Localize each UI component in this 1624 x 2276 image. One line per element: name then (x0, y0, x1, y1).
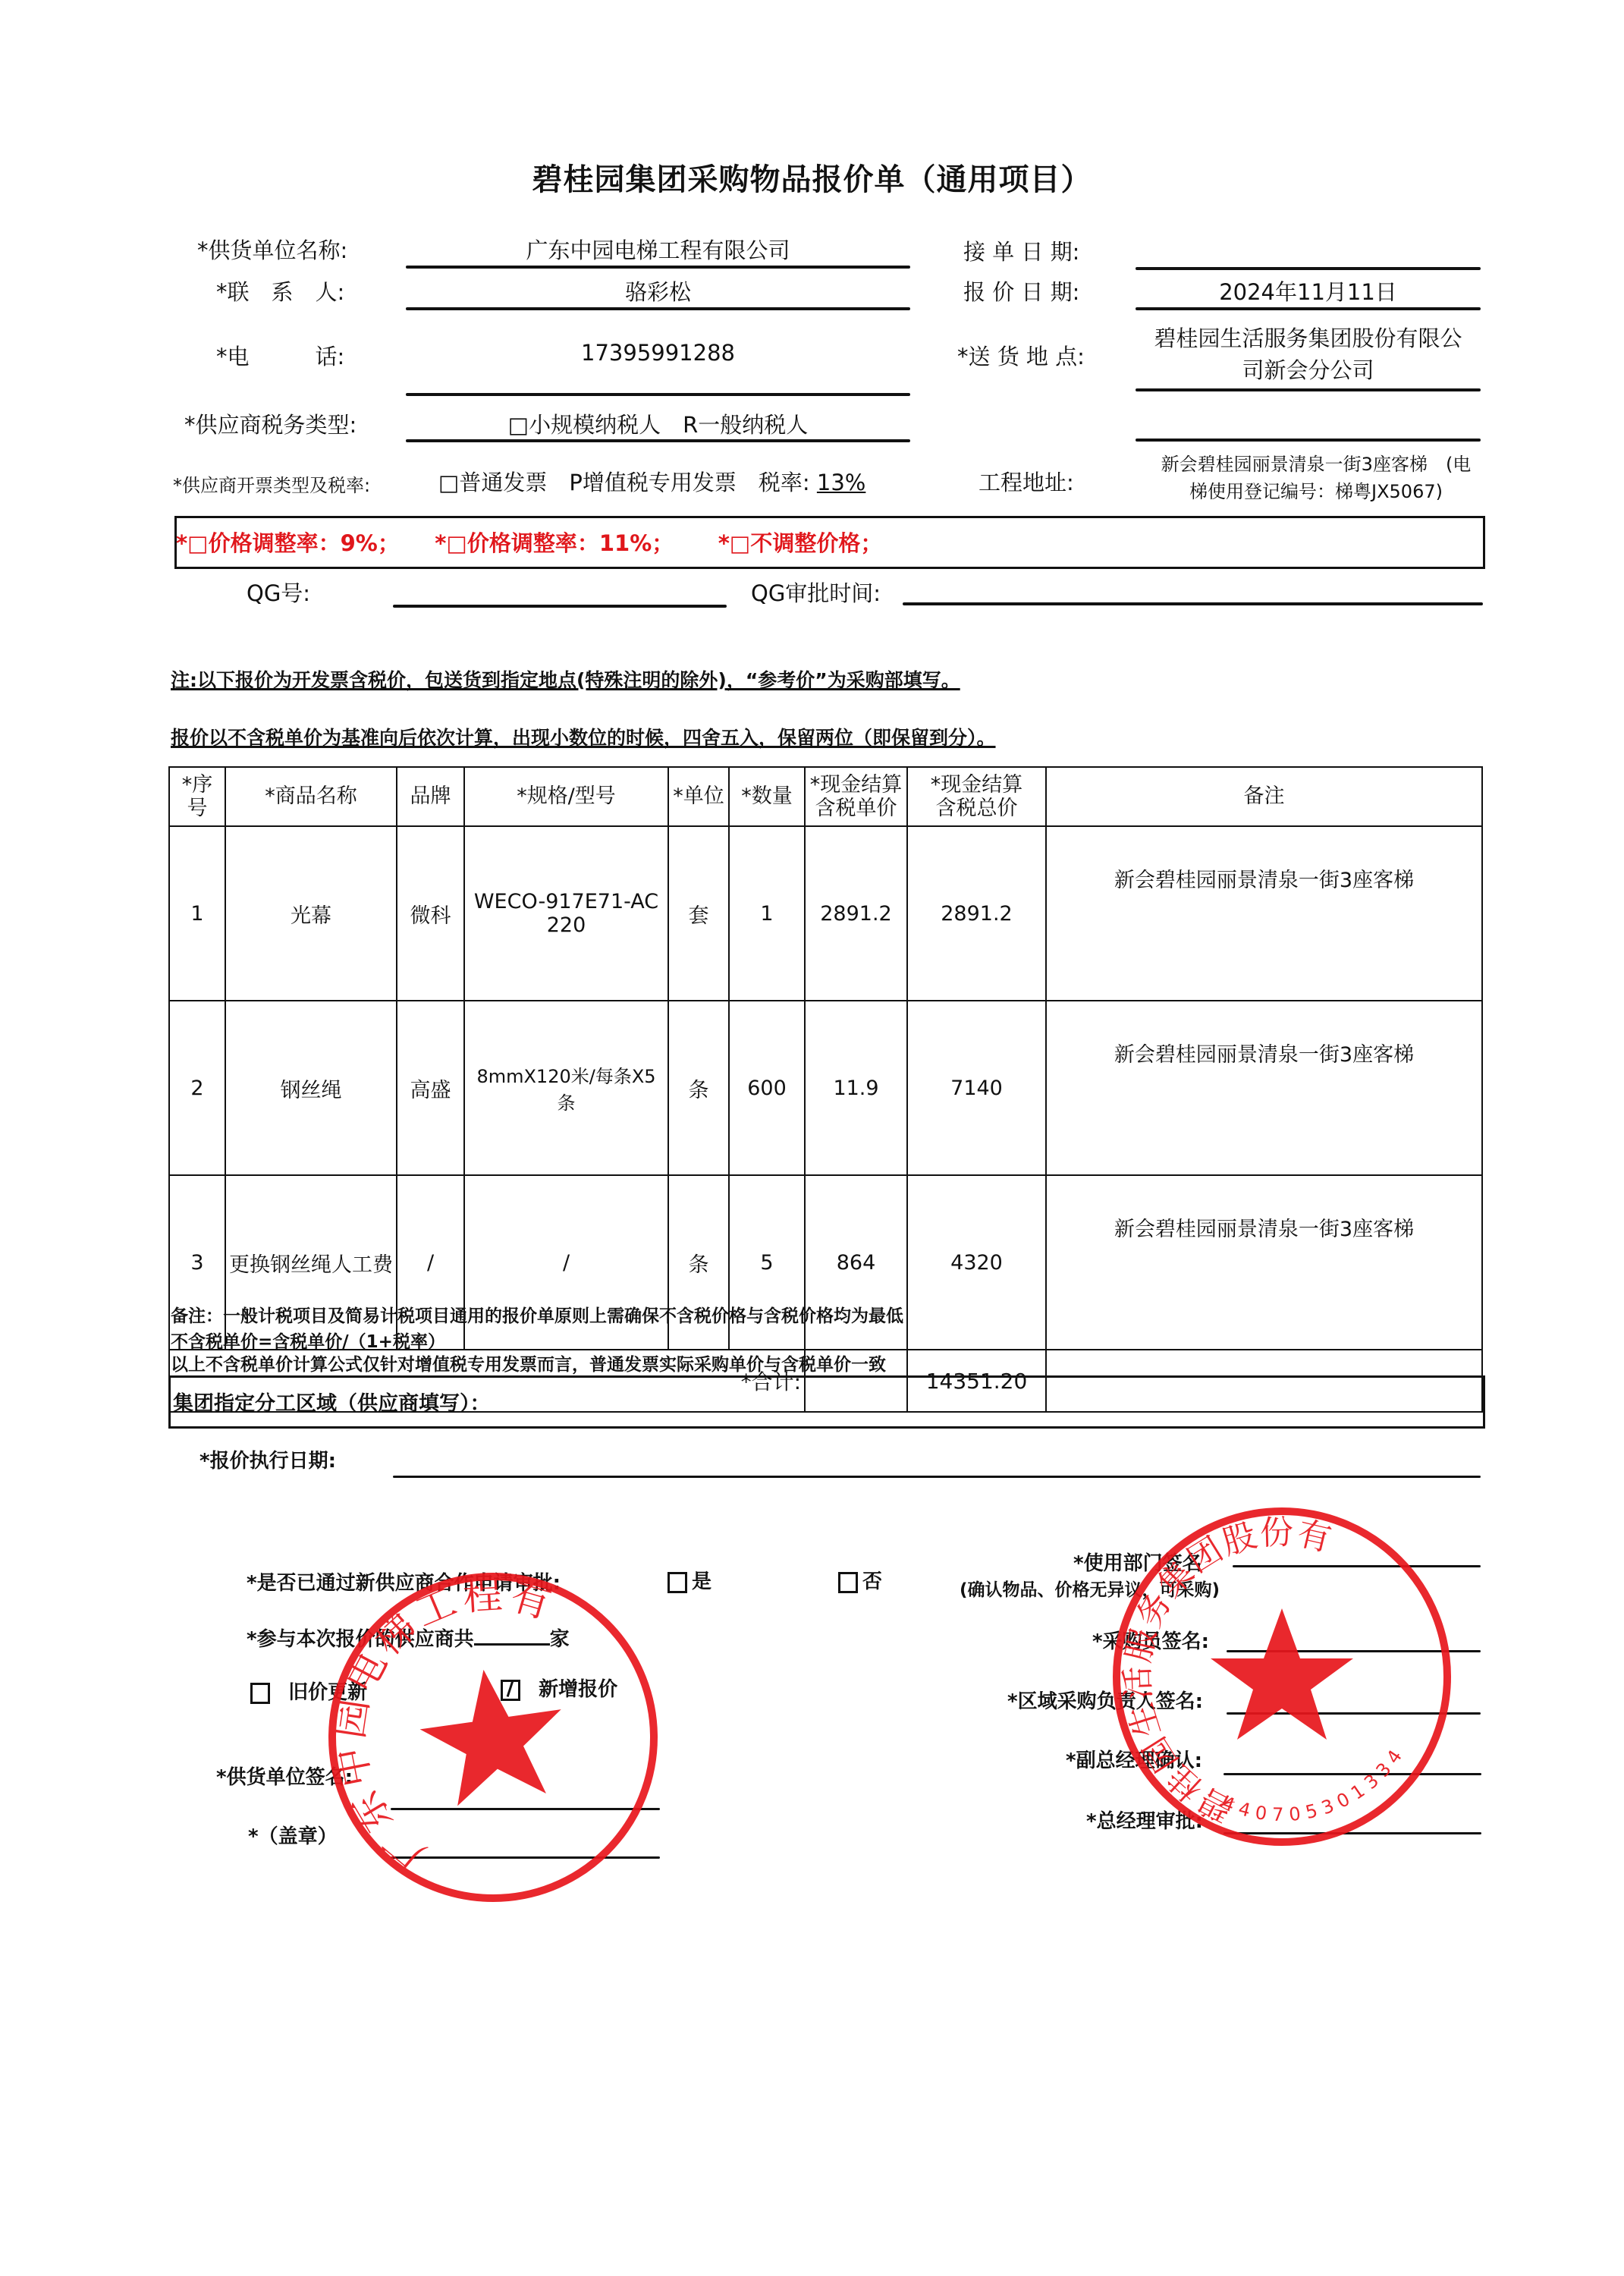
cell-name[interactable]: 光幕 (225, 826, 397, 1001)
tax-type-value[interactable]: □小规模纳税人 R一般纳税人 (406, 408, 910, 439)
cell-no: 2 (169, 1001, 225, 1175)
approval-yes-option[interactable]: 是 (668, 1566, 711, 1594)
tax-type-underline (406, 439, 910, 442)
buyer-sign-line[interactable] (1227, 1650, 1481, 1652)
col-header-total-price: *现金结算含税总价 (907, 767, 1046, 826)
cell-unit-price[interactable]: 11.9 (805, 1001, 907, 1175)
delivery-place-underline-2 (1136, 439, 1481, 442)
delivery-place-label: *送 货 地 点: (957, 340, 1085, 371)
contact-label: *联 系 人: (216, 275, 344, 307)
quote-date-label: 报 价 日 期: (963, 275, 1079, 307)
cell-unit[interactable]: 条 (668, 1001, 729, 1175)
invoice-type-value: □普通发票 P增值税专用发票 税率: (438, 470, 817, 495)
col-header-remark: 备注 (1046, 767, 1482, 826)
order-date-underline (1136, 267, 1481, 270)
invoice-type-label: *供应商开票类型及税率: (173, 470, 370, 497)
remark-line-1: 备注：一般计税项目及简易计税项目通用的报价单原则上需确保不含税价格与含税价格均为… (171, 1302, 903, 1327)
supplier-sign-label: *供货单位签名: (216, 1762, 353, 1790)
project-address-line1: 新会碧桂园丽景清泉一街3座客梯 (电 (1142, 451, 1490, 478)
qg-approval-label: QG审批时间: (751, 577, 881, 608)
cell-spec[interactable]: WECO-917E71-AC220 (464, 826, 668, 1001)
approval-no-option[interactable]: 否 (838, 1566, 882, 1594)
col-header-qty: *数量 (729, 767, 805, 826)
cell-name[interactable]: 钢丝绳 (225, 1001, 397, 1175)
new-price-option[interactable]: 新增报价 (501, 1674, 617, 1702)
gm-approve-line[interactable] (1223, 1832, 1481, 1834)
region-sign-label: *区域采购负责人签名: (1007, 1686, 1203, 1714)
delivery-place-line1: 碧桂园生活服务集团股份有限公 (1136, 322, 1481, 354)
cell-unit[interactable]: 套 (668, 826, 729, 1001)
contact-underline (406, 307, 910, 310)
supplier-stamp-icon: 广东中园电梯工程有限公司 (319, 1563, 668, 1912)
cell-qty[interactable]: 600 (729, 1001, 805, 1175)
price-adjust-option-9[interactable]: *□价格调整率：9%； (176, 530, 400, 556)
quote-date-value[interactable]: 2024年11月11日 (1136, 275, 1481, 307)
project-address-label: 工程地址: (978, 466, 1074, 497)
col-header-no: *序号 (169, 767, 225, 826)
buyer-sign-label: *采购员签名: (1092, 1626, 1209, 1654)
order-date-label: 接 单 日 期: (963, 235, 1079, 266)
cell-no: 1 (169, 826, 225, 1001)
execution-date-underline[interactable] (393, 1476, 1481, 1478)
cell-spec[interactable]: 8mmX120米/每条X5条 (464, 1001, 668, 1175)
checkbox-icon (838, 1572, 858, 1593)
supplier-count-label: *参与本次报价的供应商共家 (247, 1624, 570, 1652)
supplier-name-label: *供货单位名称: (197, 234, 347, 265)
project-address-line2: 梯使用登记编号：梯粤JX5067) (1142, 478, 1490, 505)
qg-number-underline (393, 605, 727, 608)
remark-line-3: 以上不含税单价计算公式仅针对增值税专用发票而言，普通发票实际采购单价与含税单价一… (171, 1350, 886, 1375)
delivery-place-value[interactable]: 碧桂园生活服务集团股份有限公 司新会分公司 (1136, 322, 1481, 386)
dept-sign-line[interactable] (1233, 1565, 1481, 1567)
invoice-type-field[interactable]: □普通发票 P增值税专用发票 税率: 13% (438, 466, 865, 497)
table-header-row: *序号 *商品名称 品牌 *规格/型号 *单位 *数量 *现金结算含税单价 *现… (169, 767, 1482, 826)
tax-type-label: *供应商税务类型: (184, 408, 357, 439)
supplier-name-underline (406, 266, 910, 269)
cell-brand[interactable]: 微科 (397, 826, 464, 1001)
gm-approve-label: *总经理审批: (1086, 1806, 1203, 1834)
table-row: 1 光幕 微科 WECO-917E71-AC220 套 1 2891.2 289… (169, 826, 1482, 1001)
phone-label: *电 话: (216, 340, 344, 371)
vgm-confirm-label: *副总经理确认: (1066, 1745, 1202, 1773)
seal-line[interactable] (391, 1856, 660, 1859)
dept-sign-label: *使用部门签名 (1073, 1548, 1202, 1576)
phone-underline (406, 393, 910, 396)
cell-unit-price[interactable]: 2891.2 (805, 826, 907, 1001)
cell-remark[interactable]: 新会碧桂园丽景清泉一街3座客梯 (1046, 826, 1482, 1001)
cell-brand[interactable]: 高盛 (397, 1001, 464, 1175)
checkbox-icon (668, 1572, 687, 1593)
approval-question-label: *是否已通过新供应商合作申请审批: (247, 1567, 561, 1595)
supplier-name-value[interactable]: 广东中园电梯工程有限公司 (406, 234, 910, 265)
remark-line-2: 不含税单价=含税单价/（1+税率） (171, 1328, 445, 1353)
project-address-value[interactable]: 新会碧桂园丽景清泉一街3座客梯 (电 梯使用登记编号：梯粤JX5067) (1142, 451, 1490, 505)
delivery-place-underline (1136, 388, 1481, 391)
cell-remark[interactable]: 新会碧桂园丽景清泉一街3座客梯 (1046, 1175, 1482, 1350)
cell-qty[interactable]: 1 (729, 826, 805, 1001)
supplier-count-input[interactable] (474, 1643, 550, 1646)
price-adjust-row: *□价格调整率：9%； *□价格调整率：11%； *□不调整价格； (176, 527, 882, 558)
cell-total[interactable]: 4320 (907, 1175, 1046, 1350)
quote-date-underline (1136, 307, 1481, 310)
col-header-spec: *规格/型号 (464, 767, 668, 826)
supplier-sign-line[interactable] (391, 1808, 660, 1810)
checkbox-icon (250, 1683, 270, 1704)
price-adjust-option-11[interactable]: *□价格调整率：11%； (435, 530, 674, 556)
table-row: 2 钢丝绳 高盛 8mmX120米/每条X5条 条 600 11.9 7140 … (169, 1001, 1482, 1175)
document-title: 碧桂园集团采购物品报价单（通用项目） (0, 156, 1624, 199)
cell-total[interactable]: 2891.2 (907, 826, 1046, 1001)
col-header-unit: *单位 (668, 767, 729, 826)
cell-total[interactable]: 7140 (907, 1001, 1046, 1175)
note-line-1: 注:以下报价为开发票含税价，包送货到指定地点(特殊注明的除外)，“参考价”为采购… (171, 665, 960, 693)
col-header-unit-price: *现金结算含税单价 (805, 767, 907, 826)
contact-value[interactable]: 骆彩松 (406, 275, 910, 307)
col-header-brand: 品牌 (397, 767, 464, 826)
note-line-2: 报价以不含税单价为基准向后依次计算，出现小数位的时候，四舍五入，保留两位（即保留… (171, 723, 996, 750)
tax-rate-value: 13% (817, 470, 865, 495)
region-sign-line[interactable] (1227, 1712, 1481, 1715)
phone-value[interactable]: 17395991288 (406, 340, 910, 366)
seal-label: *（盖章） (248, 1821, 338, 1849)
qg-number-label: QG号: (247, 577, 310, 608)
qg-approval-underline (903, 602, 1483, 605)
group-area-label: 集团指定分工区域（供应商填写）： (173, 1387, 491, 1416)
dept-sign-note: (确认物品、价格无异议，可采购) (960, 1576, 1220, 1601)
delivery-place-line2: 司新会分公司 (1136, 354, 1481, 386)
cell-remark[interactable]: 新会碧桂园丽景清泉一街3座客梯 (1046, 1001, 1482, 1175)
execution-date-label: *报价执行日期: (199, 1445, 336, 1473)
old-price-option[interactable]: 旧价更新 (250, 1677, 367, 1705)
checkbox-checked-icon (501, 1680, 520, 1701)
col-header-name: *商品名称 (225, 767, 397, 826)
vgm-confirm-line[interactable] (1223, 1773, 1481, 1775)
price-adjust-option-none[interactable]: *□不调整价格； (718, 530, 883, 556)
